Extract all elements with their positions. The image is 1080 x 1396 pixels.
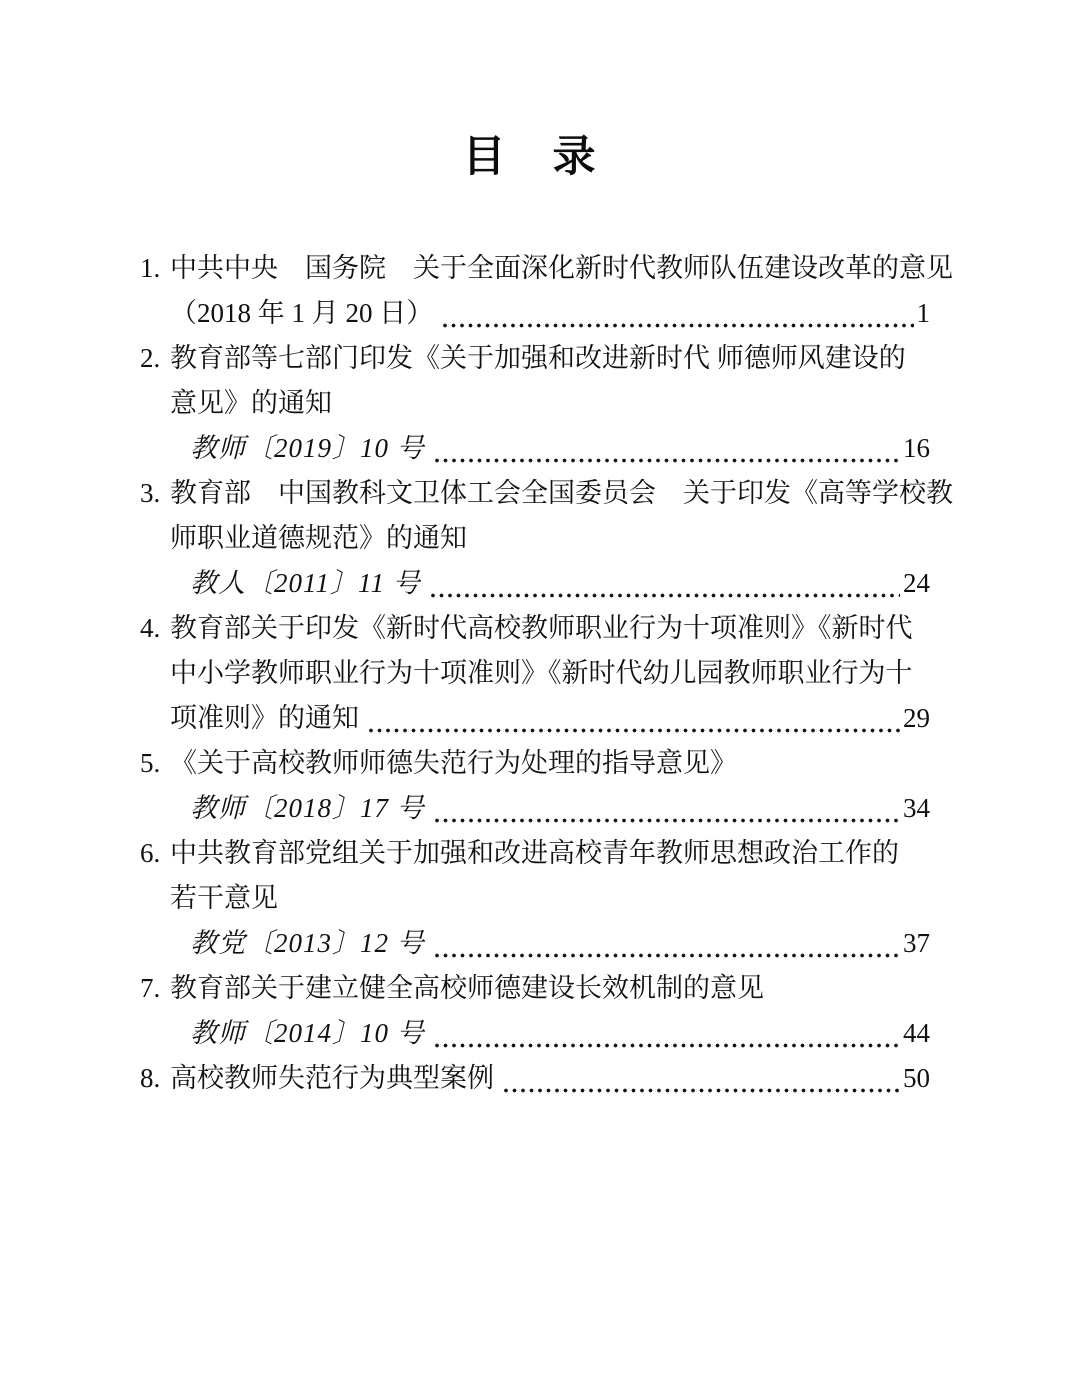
page-number: 24 <box>903 561 930 606</box>
document-page: 目 录 1. 中共中央 国务院 关于全面深化新时代教师队伍建设改革的意见 （20… <box>0 0 1080 1396</box>
toc-list: 1. 中共中央 国务院 关于全面深化新时代教师队伍建设改革的意见 （2018 年… <box>140 246 930 1101</box>
entry-title-text: 师职业道德规范》的通知 <box>170 516 467 561</box>
toc-entry-line: 意见》的通知 <box>140 381 930 426</box>
toc-entry-line: 项准则》的通知 29 <box>140 696 930 741</box>
page-number: 50 <box>903 1056 930 1101</box>
toc-entry-doc-line: 教师〔2019〕10 号 16 <box>140 426 930 471</box>
entry-number: 4. <box>140 606 170 651</box>
toc-entry-first-line: 1. 中共中央 国务院 关于全面深化新时代教师队伍建设改革的意见 <box>140 246 930 291</box>
entry-number: 1. <box>140 246 170 291</box>
page-number: 1 <box>917 291 931 336</box>
toc-entry-doc-line: 教师〔2014〕10 号 44 <box>140 1011 930 1056</box>
toc-entry-first-line: 6. 中共教育部党组关于加强和改进高校青年教师思想政治工作的 <box>140 831 930 876</box>
entry-title-text: 教育部 中国教科文卫体工会全国委员会 关于印发《高等学校教 <box>170 471 953 516</box>
entry-number: 2. <box>140 336 170 381</box>
toc-item: 6. 中共教育部党组关于加强和改进高校青年教师思想政治工作的 若干意见 教党〔2… <box>140 831 930 966</box>
entry-title-text: 若干意见 <box>170 876 278 921</box>
entry-number: 8. <box>140 1056 170 1101</box>
page-number: 44 <box>903 1011 930 1056</box>
entry-title-text: 项准则》的通知 <box>170 696 359 741</box>
page-number: 29 <box>903 696 930 741</box>
page-number: 16 <box>903 426 930 471</box>
entry-title-text: 中共教育部党组关于加强和改进高校青年教师思想政治工作的 <box>170 831 899 876</box>
entry-number: 7. <box>140 966 170 1011</box>
page-number: 34 <box>903 786 930 831</box>
dot-leader <box>425 426 903 471</box>
entry-title-text: 《关于高校教师师德失范行为处理的指导意见》 <box>170 741 737 786</box>
toc-entry-line: 中小学教师职业行为十项准则》《新时代幼儿园教师职业行为十 <box>140 651 930 696</box>
entry-title-text: 意见》的通知 <box>170 381 332 426</box>
entry-number: 3. <box>140 471 170 516</box>
toc-entry-doc-line: 教师〔2018〕17 号 34 <box>140 786 930 831</box>
dot-leader <box>421 561 903 606</box>
toc-entry-line: 师职业道德规范》的通知 <box>140 516 930 561</box>
entry-title-text: 教育部关于建立健全高校师德建设长效机制的意见 <box>170 966 764 1011</box>
toc-entry-first-line: 4. 教育部关于印发《新时代高校教师职业行为十项准则》《新时代 <box>140 606 930 651</box>
toc-item: 8. 高校教师失范行为典型案例 50 <box>140 1056 930 1101</box>
toc-item: 2. 教育部等七部门印发《关于加强和改进新时代 师德师风建设的 意见》的通知 教… <box>140 336 930 471</box>
toc-entry-first-line: 5. 《关于高校教师师德失范行为处理的指导意见》 <box>140 741 930 786</box>
toc-item: 4. 教育部关于印发《新时代高校教师职业行为十项准则》《新时代 中小学教师职业行… <box>140 606 930 741</box>
entry-title-text: 中共中央 国务院 关于全面深化新时代教师队伍建设改革的意见 <box>170 246 953 291</box>
toc-entry-first-line: 3. 教育部 中国教科文卫体工会全国委员会 关于印发《高等学校教 <box>140 471 930 516</box>
page-number: 37 <box>903 921 930 966</box>
toc-entry-line: （2018 年 1 月 20 日） 1 <box>140 291 930 336</box>
toc-entry-first-line: 8. 高校教师失范行为典型案例 50 <box>140 1056 930 1101</box>
toc-entry-line: 若干意见 <box>140 876 930 921</box>
dot-leader <box>425 786 903 831</box>
toc-entry-doc-line: 教人〔2011〕11 号 24 <box>140 561 930 606</box>
toc-entry-first-line: 2. 教育部等七部门印发《关于加强和改进新时代 师德师风建设的 <box>140 336 930 381</box>
toc-title: 目 录 <box>130 132 930 184</box>
toc-entry-doc-line: 教党〔2013〕12 号 37 <box>140 921 930 966</box>
doc-number-text: 教师〔2018〕17 号 <box>190 786 425 831</box>
entry-title-text: 教育部关于印发《新时代高校教师职业行为十项准则》《新时代 <box>170 606 913 651</box>
entry-title-text: 高校教师失范行为典型案例 <box>170 1056 494 1101</box>
entry-date-text: （2018 年 1 月 20 日） <box>170 291 433 336</box>
dot-leader <box>359 696 903 741</box>
doc-number-text: 教党〔2013〕12 号 <box>190 921 425 966</box>
toc-item: 1. 中共中央 国务院 关于全面深化新时代教师队伍建设改革的意见 （2018 年… <box>140 246 930 336</box>
entry-number: 6. <box>140 831 170 876</box>
doc-number-text: 教人〔2011〕11 号 <box>190 561 421 606</box>
entry-title-text: 教育部等七部门印发《关于加强和改进新时代 师德师风建设的 <box>170 336 906 381</box>
dot-leader <box>425 921 903 966</box>
entry-number: 5. <box>140 741 170 786</box>
toc-item: 3. 教育部 中国教科文卫体工会全国委员会 关于印发《高等学校教 师职业道德规范… <box>140 471 930 606</box>
dot-leader <box>425 1011 903 1056</box>
doc-number-text: 教师〔2014〕10 号 <box>190 1011 425 1056</box>
dot-leader <box>433 291 916 336</box>
dot-leader <box>494 1056 903 1101</box>
toc-entry-first-line: 7. 教育部关于建立健全高校师德建设长效机制的意见 <box>140 966 930 1011</box>
entry-title-text: 中小学教师职业行为十项准则》《新时代幼儿园教师职业行为十 <box>170 651 913 696</box>
toc-item: 5. 《关于高校教师师德失范行为处理的指导意见》 教师〔2018〕17 号 34 <box>140 741 930 831</box>
doc-number-text: 教师〔2019〕10 号 <box>190 426 425 471</box>
toc-item: 7. 教育部关于建立健全高校师德建设长效机制的意见 教师〔2014〕10 号 4… <box>140 966 930 1056</box>
